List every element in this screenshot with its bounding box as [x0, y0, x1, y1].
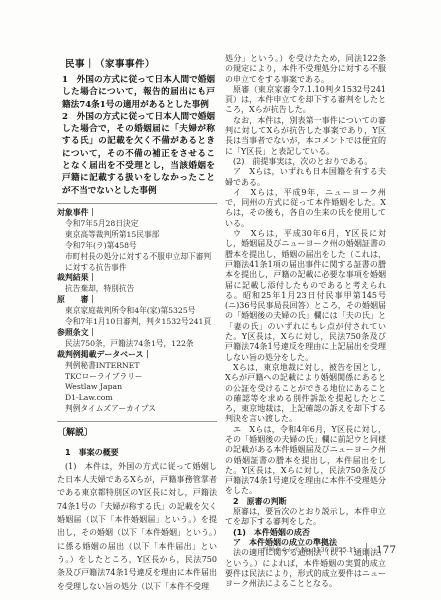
meta-value: D1-Law.com	[57, 393, 217, 404]
paragraph: なお，本件は，別表第一事件についての審判に対してXらが抗告した事案であり，Y区長…	[225, 116, 386, 157]
meta-value: 令和7年5月28日決定	[57, 219, 217, 230]
right-column: 処分」という。）を受けたため，同法122条の規定により，本件不受理処分に対する不…	[225, 54, 386, 589]
paragraph: 処分」という。）を受けたため，同法122条の規定により，本件不受理処分に対する不…	[225, 54, 386, 85]
meta-label: 裁判結果｜	[57, 273, 217, 284]
section-heading: 2 原審の判断	[225, 497, 386, 507]
meta-value: 令和7年1月10日審判，判タ1532号241頁	[57, 317, 217, 328]
paragraph: Xらは，東京地裁に対し，被告を国とし，Xらが戸籍への記載により婚姻関係にあるとの…	[225, 363, 386, 425]
meta-value: 判例タイムズアーカイブス	[57, 404, 217, 415]
meta-label: 対象事件｜	[57, 208, 217, 219]
meta-value: TKCローライブラリー	[57, 372, 217, 383]
meta-value: 東京家庭裁判所令和4年(家)第5325号	[57, 306, 217, 317]
paragraph: ウ Xらは，平成30年6月，Y区長に対し，婚姻届及びニューヨーク州の婚姻証書の謄…	[225, 229, 386, 363]
section-header: 民事｜（家事事件）	[65, 56, 155, 70]
paragraph: 原審（東京家審令7.1.10判タ1532号241頁）は，本件申立てを却下する審判…	[225, 85, 386, 116]
paragraph: 原審は，要旨次のとおり説示し，本件申立てを却下する審判をした。	[225, 507, 386, 528]
headline-item-1: 1 外国の方式に従って日本人間で婚姻した場合について，報告的届出にも戸籍法74条…	[62, 74, 215, 111]
page-footer: 判例タイムズ No.1536 2025.11 177	[262, 543, 396, 563]
meta-value: 抗告棄却，特別抗告	[57, 284, 217, 295]
meta-label: 原 審｜	[57, 295, 217, 306]
commentary-heading: 〔解説〕	[57, 425, 217, 438]
section-heading: 1 事案の概要	[57, 446, 217, 459]
paragraph: ア Xらは，いずれも日本国籍を有する夫婦である。	[225, 167, 386, 188]
divider-bottom	[57, 421, 217, 422]
paragraph: イ Xらは，平成9年，ニューヨーク州で，同州の方式に従って本件婚姻をした。Xらは…	[225, 188, 386, 229]
headline-item-2: 2 外国の方式に従って日本人間で婚姻した場合で，その婚姻届に「夫婦が称する氏」の…	[62, 111, 215, 197]
footer-divider	[366, 543, 367, 563]
left-column: 1 外国の方式に従って日本人間で婚姻した場合について，報告的届出にも戸籍法74条…	[57, 74, 217, 593]
meta-value: 判例秘書INTERNET	[57, 361, 217, 372]
meta-value: 東京高等裁判所第15民事部	[57, 230, 217, 241]
meta-value: 民法750条，戸籍法74条1号，122条	[57, 339, 217, 350]
paragraph: (2) 前提事実は，次のとおりである。	[225, 157, 386, 167]
meta-label: 参照条文｜	[57, 328, 217, 339]
case-metadata: 対象事件｜令和7年5月28日決定東京高等裁判所第15民事部令和7年(ラ)第458…	[57, 208, 217, 415]
paragraph: (1) 本件は，外国の方式に従って婚姻した日本人夫婦であるXらが，戸籍事務管掌者…	[57, 460, 217, 593]
page-number: 177	[376, 543, 396, 557]
meta-value: Westlaw Japan	[57, 382, 217, 393]
paragraph: エ Xらは，令和4年6月，Y区長に対し，その「婚姻後の夫婦の氏」欄に前記ウと同様…	[225, 425, 386, 497]
case-headlines: 1 外国の方式に従って日本人間で婚姻した場合について，報告的届出にも戸籍法74条…	[62, 74, 215, 197]
commentary-right-text: 処分」という。）を受けたため，同法122条の規定により，本件不受理処分に対する不…	[225, 54, 386, 589]
divider-top	[57, 203, 217, 204]
commentary-left-text: 1 事案の概要(1) 本件は，外国の方式に従って婚姻した日本人夫婦であるXらが，…	[57, 446, 217, 593]
meta-label: 裁判例掲載データベース｜	[57, 350, 217, 361]
journal-issue-info: 判例タイムズ No.1536 2025.11	[262, 546, 357, 555]
journal-page: 民事｜（家事事件） 1 外国の方式に従って日本人間で婚姻した場合について，報告的…	[0, 0, 441, 600]
meta-value: 令和7年(ラ)第458号	[57, 241, 217, 252]
meta-value: 市町村長の処分に対する不服申立却下審判に対する抗告事件	[57, 252, 217, 274]
section-heading: (1) 本件婚姻の成否	[225, 528, 386, 538]
